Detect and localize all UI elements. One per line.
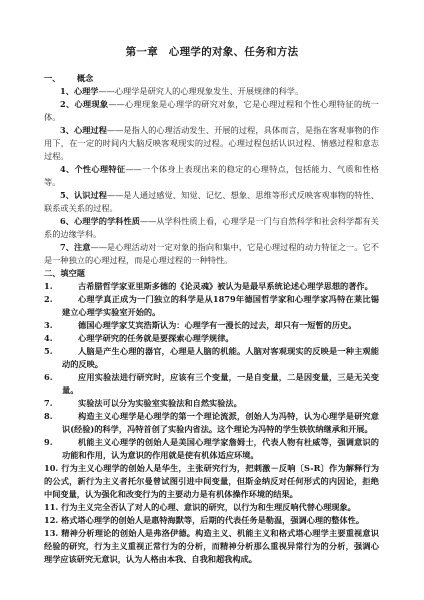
list-item: 9.机能主义心理学的创始人是美国心理学家詹姆士，代表人物有杜威等，强调意识的功能… [44, 436, 379, 462]
item-text: 实验法可以分为实验室实验法和自然实验法。 [62, 397, 379, 410]
list-item: 1.古希腊哲学家亚里斯多德的《论灵魂》被认为是最早系统论述心理学思想的著作。 [44, 280, 379, 293]
document-page: 第一章 心理学的对象、任务和方法 一、 概念 1、心理学——心理学是研究人的心理… [0, 0, 424, 600]
item-text: 行为主义心理学的创始人是华生，主张研究行为，把刺激－反响〔S-R〕作为解释行为的… [44, 463, 379, 499]
concept-term: 7、注意 [60, 242, 91, 252]
item-number: 12. [44, 515, 58, 525]
list-item: 5.人脑是产生心理的器官，心理是人脑的机能。人脑对客观现实的反映是一种主观能动的… [44, 345, 379, 371]
concept-definition: ——是心理活动对一定对象的指向和集中，它是心理过程的动力特征之一。它不是一种独立… [44, 242, 379, 265]
concept-term: 3、心理过程 [60, 125, 107, 135]
concept-term: 2、心理现象 [60, 99, 108, 109]
document-body: 一、 概念 1、心理学——心理学是研究人的心理现象发生、开展规律的科学。 2、心… [44, 72, 379, 566]
item-number: 7. [44, 397, 53, 410]
item-number: 5. [44, 345, 53, 358]
item-number: 9. [44, 436, 53, 449]
section-number: 一、 [44, 72, 74, 85]
list-item: 12. 格式塔心理学的创始人是惠特海默等，后期的代表任务是勒温，强调心理的整体性… [44, 514, 379, 527]
concept-item: 3、心理过程——是指人的心理活动发生、开展的过程，具体而言，是指在客观事物的作用… [44, 124, 379, 163]
concept-definition: ——心理学是研究人的心理现象发生、开展规律的科学。 [98, 86, 303, 96]
item-text: 机能主义心理学的创始人是美国心理学家詹姆士，代表人物有杜威等，强调意识的功能和作… [62, 436, 379, 462]
chapter-title: 第一章 心理学的对象、任务和方法 [0, 44, 424, 59]
concept-item: 4、个性心理特征——一个体身上表现出来的稳定的心理特点，包括能力、气质和性格等。 [44, 163, 379, 189]
item-text: 格式塔心理学的创始人是惠特海默等，后期的代表任务是勒温，强调心理的整体性。 [61, 515, 364, 525]
section-title: 概念 [77, 73, 93, 83]
item-text: 精神分析理论的创始人是弗洛伊德。构造主义、机能主义和格式塔心理学主要重视意识经验… [44, 528, 379, 564]
item-text: 心理学真正成为一门独立的科学是从1879年德国哲学家和心理学家冯特在莱比锡建立心… [62, 293, 379, 319]
list-item: 13. 精神分析理论的创始人是弗洛伊德。构造主义、机能主义和格式塔心理学主要重视… [44, 527, 379, 566]
item-number: 1. [44, 280, 53, 293]
list-item: 4.心理学研究的任务就是要探索心理学规律。 [44, 332, 379, 345]
concept-item: 7、注意——是心理活动对一定对象的指向和集中，它是心理过程的动力特征之一。它不是… [44, 241, 379, 267]
concept-term: 1、心理学 [60, 86, 98, 96]
concept-item: 5、认识过程——是人通过感觉、知觉、记忆、想象、思维等形式反映客观事物的特性、联… [44, 189, 379, 215]
item-number: 13. [44, 528, 58, 538]
concept-item: 6、心理学的学科性质——从学科性质上看，心理学是一门与自然科学和社会科学都有关系… [44, 215, 379, 241]
list-item: 11. 行为主义完全否认了对人的心理、意识的研究，以行为和生理反响代替心理现象。 [44, 501, 379, 514]
fill-blank-list: 1.古希腊哲学家亚里斯多德的《论灵魂》被认为是最早系统论述心理学思想的著作。 2… [44, 280, 379, 566]
item-number: 6. [44, 371, 53, 384]
item-text: 构造主义心理学是心理学的第一个理论流派，创始人为冯特，认为心理学是研究意识(经验… [62, 410, 379, 436]
item-number: 11. [44, 502, 58, 512]
section-heading-fill-blank: 二、填空题 [44, 267, 379, 280]
item-text: 心理学研究的任务就是要探索心理学规律。 [62, 332, 379, 345]
list-item: 6.应用实验法进行研究时，应该有三个变量，一是自变量，二是因变量，三是无关变量。 [44, 371, 379, 397]
concept-term: 6、心理学的学科性质 [60, 216, 140, 226]
item-number: 10. [44, 463, 58, 473]
concept-item: 1、心理学——心理学是研究人的心理现象发生、开展规律的科学。 [44, 85, 379, 98]
list-item: 3.德国心理学家艾宾浩斯认为：心理学有一漫长的过去，却只有一短暂的历史。 [44, 319, 379, 332]
item-text: 古希腊哲学家亚里斯多德的《论灵魂》被认为是最早系统论述心理学思想的著作。 [62, 280, 379, 293]
item-text: 德国心理学家艾宾浩斯认为：心理学有一漫长的过去，却只有一短暂的历史。 [62, 319, 379, 332]
item-number: 2. [44, 293, 53, 306]
concept-term: 4、个性心理特征 [60, 164, 125, 174]
list-item: 2.心理学真正成为一门独立的科学是从1879年德国哲学家和心理学家冯特在莱比锡建… [44, 293, 379, 319]
item-text: 应用实验法进行研究时，应该有三个变量，一是自变量，二是因变量，三是无关变量。 [62, 371, 379, 397]
item-text: 人脑是产生心理的器官，心理是人脑的机能。人脑对客观现实的反映是一种主观能动的反映… [62, 345, 379, 371]
list-item: 8.构造主义心理学是心理学的第一个理论流派，创始人为冯特，认为心理学是研究意识(… [44, 410, 379, 436]
concept-term: 5、认识过程 [60, 190, 107, 200]
list-item: 7.实验法可以分为实验室实验法和自然实验法。 [44, 397, 379, 410]
item-number: 8. [44, 410, 53, 423]
concept-item: 2、心理现象——心理现象是心理学的研究对象，它是心理过程和个性心理特征的统一体。 [44, 98, 379, 124]
item-text: 行为主义完全否认了对人的心理、意识的研究，以行为和生理反响代替心理现象。 [61, 502, 356, 512]
list-item: 10. 行为主义心理学的创始人是华生，主张研究行为，把刺激－反响〔S-R〕作为解… [44, 462, 379, 501]
section-heading-concepts: 一、 概念 [44, 72, 379, 85]
item-number: 4. [44, 332, 53, 345]
item-number: 3. [44, 319, 53, 332]
